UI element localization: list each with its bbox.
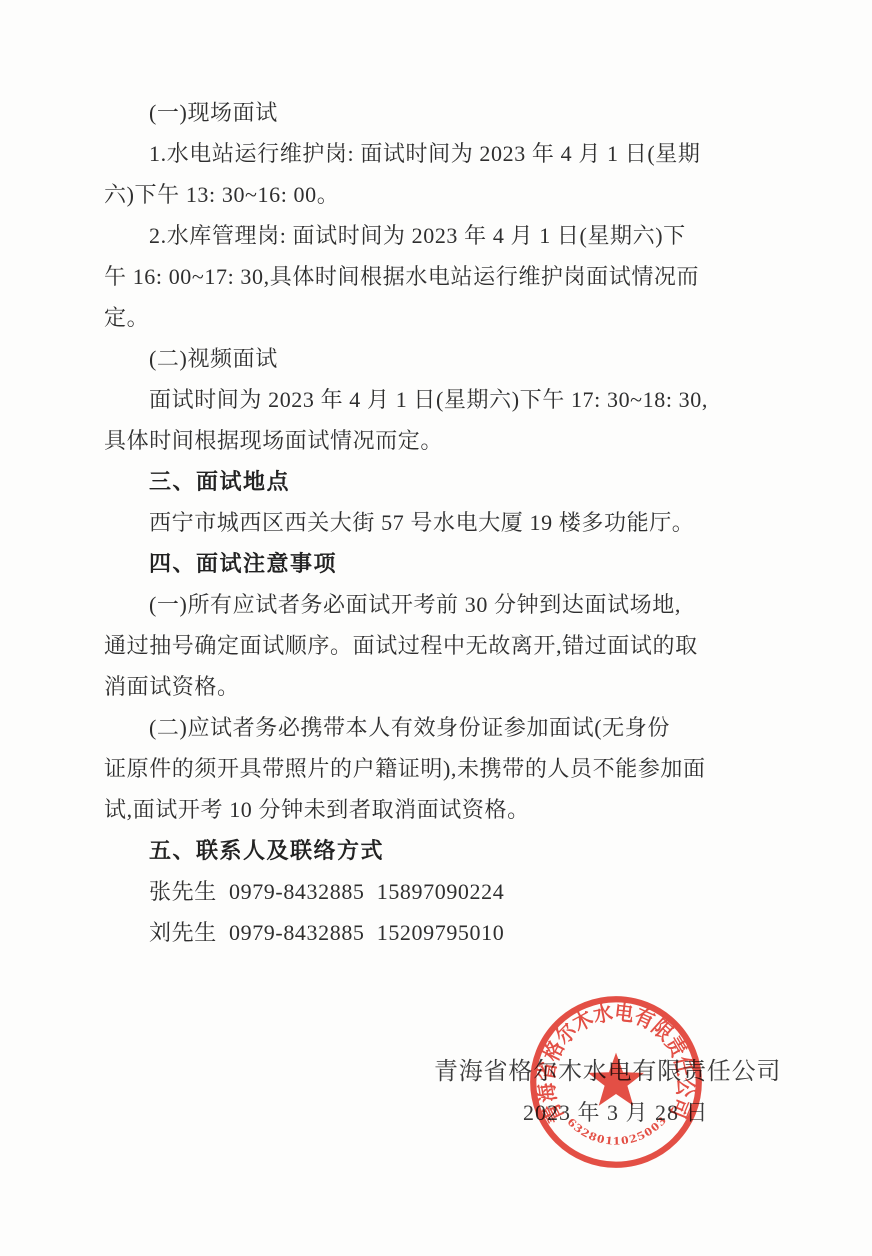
document-line: 2.水库管理岗: 面试时间为 2023 年 4 月 1 日(星期六)下 [104,215,800,256]
document-line: 张先生 0979-8432885 15897090224 [104,871,800,912]
document-line: 西宁市城西区西关大街 57 号水电大厦 19 楼多功能厅。 [104,502,800,543]
document-line: 通过抽号确定面试顺序。面试过程中无故离开,错过面试的取 [104,625,800,666]
document-line: (一)现场面试 [104,92,800,133]
document-line: 六)下午 13: 30~16: 00。 [104,174,800,215]
document-line: (一)所有应试者务必面试开考前 30 分钟到达面试场地, [104,584,800,625]
company-seal-stamp: 青海省格尔木水电有限责任公司 6328011025003 [527,993,705,1171]
document-line: (二)应试者务必携带本人有效身份证参加面试(无身份 [104,707,800,748]
seal-star-icon [588,1053,644,1106]
document-line: (二)视频面试 [104,338,800,379]
document-line: 证原件的须开具带照片的户籍证明),未携带的人员不能参加面 [104,748,800,789]
document-line: 具体时间根据现场面试情况而定。 [104,420,800,461]
section-heading: 四、面试注意事项 [104,543,800,584]
document-line: 面试时间为 2023 年 4 月 1 日(星期六)下午 17: 30~18: 3… [104,379,800,420]
section-heading: 五、联系人及联络方式 [104,830,800,871]
document-line: 消面试资格。 [104,666,800,707]
document-line: 试,面试开考 10 分钟未到者取消面试资格。 [104,789,800,830]
document-line: 午 16: 00~17: 30,具体时间根据水电站运行维护岗面试情况而 [104,256,800,297]
document-page: (一)现场面试1.水电站运行维护岗: 面试时间为 2023 年 4 月 1 日(… [0,0,872,1256]
document-line: 定。 [104,297,800,338]
seal-serial-number: 6328011025003 [565,1113,670,1147]
section-heading: 三、面试地点 [104,461,800,502]
document-line: 刘先生 0979-8432885 15209795010 [104,912,800,953]
document-line: 1.水电站运行维护岗: 面试时间为 2023 年 4 月 1 日(星期 [104,133,800,174]
document-body: (一)现场面试1.水电站运行维护岗: 面试时间为 2023 年 4 月 1 日(… [104,92,800,953]
